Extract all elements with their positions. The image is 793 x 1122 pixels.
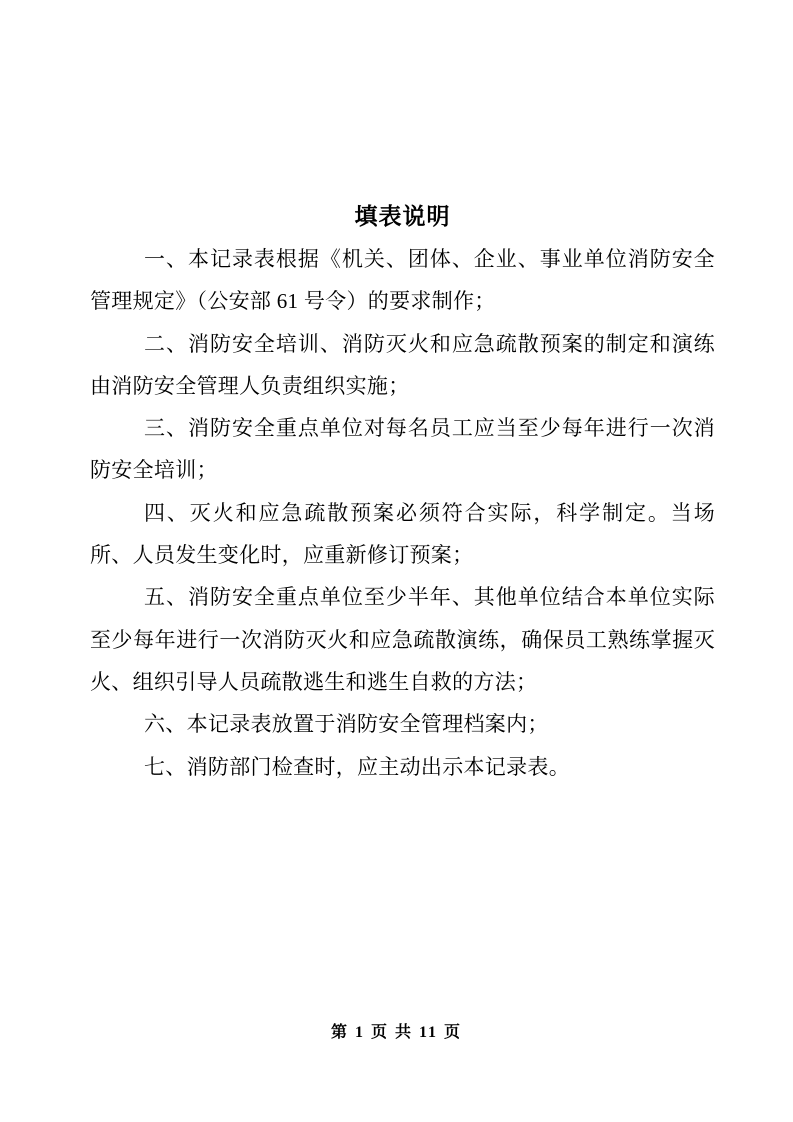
instruction-paragraph: 五、消防安全重点单位至少半年、其他单位结合本单位实际至少每年进行一次消防灭火和应… <box>90 576 715 703</box>
instruction-paragraph: 六、本记录表放置于消防安全管理档案内； <box>90 703 715 745</box>
instruction-paragraph: 七、消防部门检查时，应主动出示本记录表。 <box>90 746 715 788</box>
page-title: 填表说明 <box>90 196 715 238</box>
document-page: 填表说明 一、本记录表根据《机关、团体、企业、事业单位消防安全管理规定》（公安部… <box>0 0 793 1122</box>
page-number: 第 1 页 共 11 页 <box>331 1024 462 1041</box>
instruction-paragraph: 二、消防安全培训、消防灭火和应急疏散预案的制定和演练由消防安全管理人负责组织实施… <box>90 323 715 408</box>
instruction-paragraph: 三、消防安全重点单位对每名员工应当至少每年进行一次消防安全培训； <box>90 407 715 492</box>
instruction-paragraph: 一、本记录表根据《机关、团体、企业、事业单位消防安全管理规定》（公安部 61 号… <box>90 238 715 323</box>
document-body: 填表说明 一、本记录表根据《机关、团体、企业、事业单位消防安全管理规定》（公安部… <box>90 196 715 788</box>
instructions-list: 一、本记录表根据《机关、团体、企业、事业单位消防安全管理规定》（公安部 61 号… <box>90 238 715 788</box>
page-footer: 第 1 页 共 11 页 <box>0 1022 793 1044</box>
instruction-paragraph: 四、灭火和应急疏散预案必须符合实际，科学制定。当场所、人员发生变化时，应重新修订… <box>90 492 715 577</box>
